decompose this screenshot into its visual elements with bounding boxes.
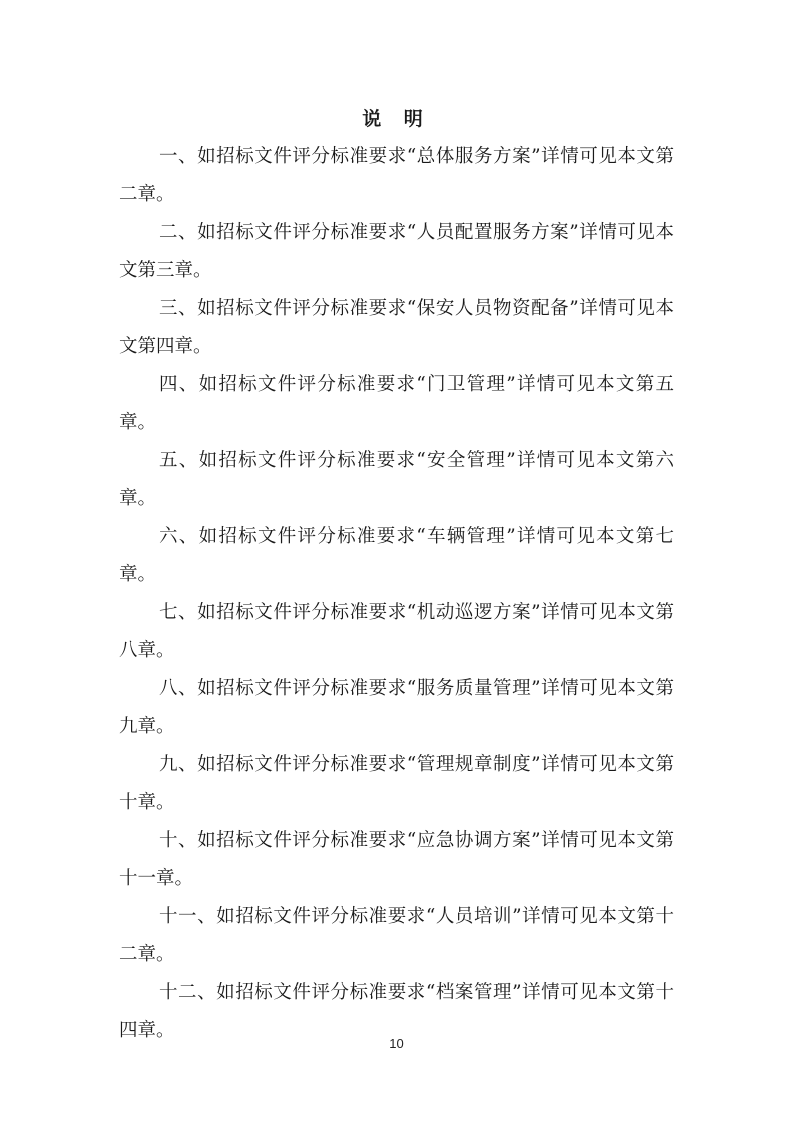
paragraph-11: 十一、如招标文件评分标准要求“人员培训”详情可见本文第十二章。 (119, 898, 674, 974)
page-number: 10 (0, 1036, 793, 1051)
document-page: 说 明 一、如招标文件评分标准要求“总体服务方案”详情可见本文第二章。 二、如招… (119, 104, 674, 1050)
paragraph-4: 四、如招标文件评分标准要求“门卫管理”详情可见本文第五章。 (119, 366, 674, 442)
paragraph-10: 十、如招标文件评分标准要求“应急协调方案”详情可见本文第十一章。 (119, 822, 674, 898)
paragraph-5: 五、如招标文件评分标准要求“安全管理”详情可见本文第六章。 (119, 442, 674, 518)
page-title: 说 明 (119, 104, 674, 134)
paragraph-6: 六、如招标文件评分标准要求“车辆管理”详情可见本文第七章。 (119, 518, 674, 594)
paragraph-8: 八、如招标文件评分标准要求“服务质量管理”详情可见本文第九章。 (119, 670, 674, 746)
paragraph-2: 二、如招标文件评分标准要求“人员配置服务方案”详情可见本文第三章。 (119, 214, 674, 290)
paragraph-1: 一、如招标文件评分标准要求“总体服务方案”详情可见本文第二章。 (119, 138, 674, 214)
paragraph-7: 七、如招标文件评分标准要求“机动巡逻方案”详情可见本文第八章。 (119, 594, 674, 670)
paragraph-9: 九、如招标文件评分标准要求“管理规章制度”详情可见本文第十章。 (119, 746, 674, 822)
paragraph-3: 三、如招标文件评分标准要求“保安人员物资配备”详情可见本文第四章。 (119, 290, 674, 366)
